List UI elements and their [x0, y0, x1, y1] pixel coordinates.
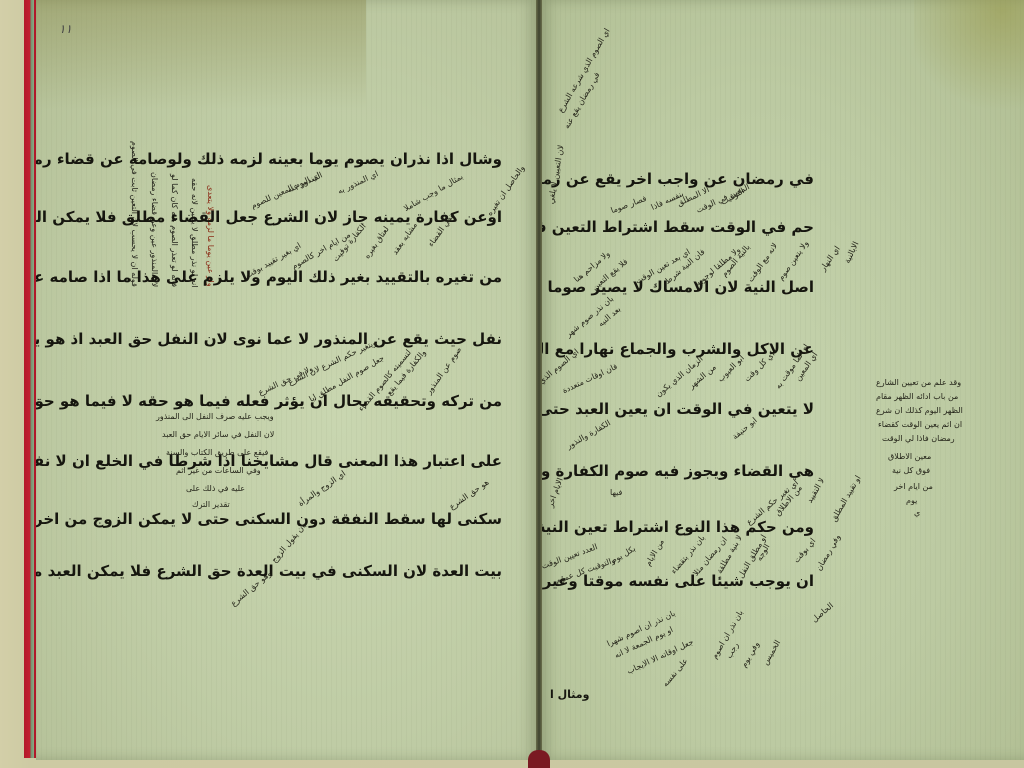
main-text-line: نفل حيث يقع عن المنذور لا عما نوى لان ال… — [36, 330, 502, 348]
main-text-line: حم في الوقت سقط اشتراط التعين فان ذلك لق… — [540, 218, 814, 236]
right-page: في رمضان عن واجب اخر يقع عن رمضان لا عما… — [540, 0, 1024, 760]
water-stain — [36, 0, 366, 110]
water-stain — [914, 0, 1024, 110]
margin-column-line: قوله ان لا يحسب لان التعين ثابت في الصوم — [128, 112, 140, 287]
interlinear-gloss: فيها — [610, 488, 622, 497]
margin-block-line: وقد علم من تعيين الشارع — [876, 378, 961, 387]
margin-block-line: رمضان فاذا لي الوقت — [882, 434, 955, 443]
margin-block-line: معين الاطلاق — [888, 452, 931, 461]
main-text-line: وشال اذا نذران يصوم يوما بعينه لزمه ذلك … — [36, 150, 502, 168]
main-text-line: لا يتعين في الوقت ان يعين العبد حتى لو ع… — [540, 400, 814, 418]
margin-block-line: من ايام اخر — [894, 482, 933, 491]
left-page: ١١ قوله ان لا يحسب لان التعين ثابت في ال… — [36, 0, 538, 760]
margin-column-line-rubric: ولو عين يوما ما لزمه ولا يتعدى — [204, 112, 216, 287]
margin-gloss: عليه في ذلك على — [186, 484, 245, 493]
margin-gloss: فيقع على طريق الكتاب والسنة — [166, 448, 268, 457]
margin-column-line: انه لو نذر مطلق لا يتعين لانه حقه — [188, 112, 200, 287]
margin-block-line: فوق كل نية — [892, 466, 930, 475]
margin-column-line: لان المنذور عين وعن قضاء رمضان — [148, 112, 160, 287]
margin-block-line: ي — [914, 508, 920, 517]
margin-block-line: يوم — [906, 496, 917, 505]
main-text-line: من تغيره بالتقييد بغير ذلك اليوم ولا يلز… — [36, 268, 502, 286]
main-text-line: هي القضاء ويجوز فيه صوم الكفارة والنفل و… — [540, 462, 814, 480]
main-text-line: اوعن كفارة يمينه جاز لان الشرع جعل القضا… — [36, 208, 502, 226]
margin-gloss: لان النفل في سائر الايام حق العبد — [162, 430, 274, 439]
margin-column-line: فانه لو تعذر الصوم عنه كان كما لو — [168, 112, 180, 287]
catchword: ومثال ا — [550, 688, 589, 701]
binding-thread — [528, 750, 550, 768]
margin-gloss: ويجب عليه صرف النفل الى المنذور — [156, 412, 274, 421]
book-gutter — [536, 0, 542, 768]
margin-block-line: ان اثم يعين الوقت كقضاء — [878, 420, 962, 429]
margin-block-line: الظهر اليوم كذلك ان شرع — [876, 406, 963, 415]
main-text-line: سكنى لها سقط النفقة دون السكنى حتى لا يم… — [36, 510, 502, 528]
margin-gloss: تقدير الترك — [192, 500, 230, 509]
margin-gloss: وفي الساعات من غير اثم — [176, 466, 261, 475]
main-text-line: على اعتبار هذا المعنى قال مشايخنا اذا شر… — [36, 452, 502, 470]
main-text-line: في رمضان عن واجب اخر يقع عن رمضان لا عما… — [540, 170, 814, 188]
margin-block-line: من باب ادائه الظهر مقام — [876, 392, 958, 401]
main-text-line: ومن حكم هذا النوع اشتراط تعين النية من ا… — [540, 518, 814, 536]
